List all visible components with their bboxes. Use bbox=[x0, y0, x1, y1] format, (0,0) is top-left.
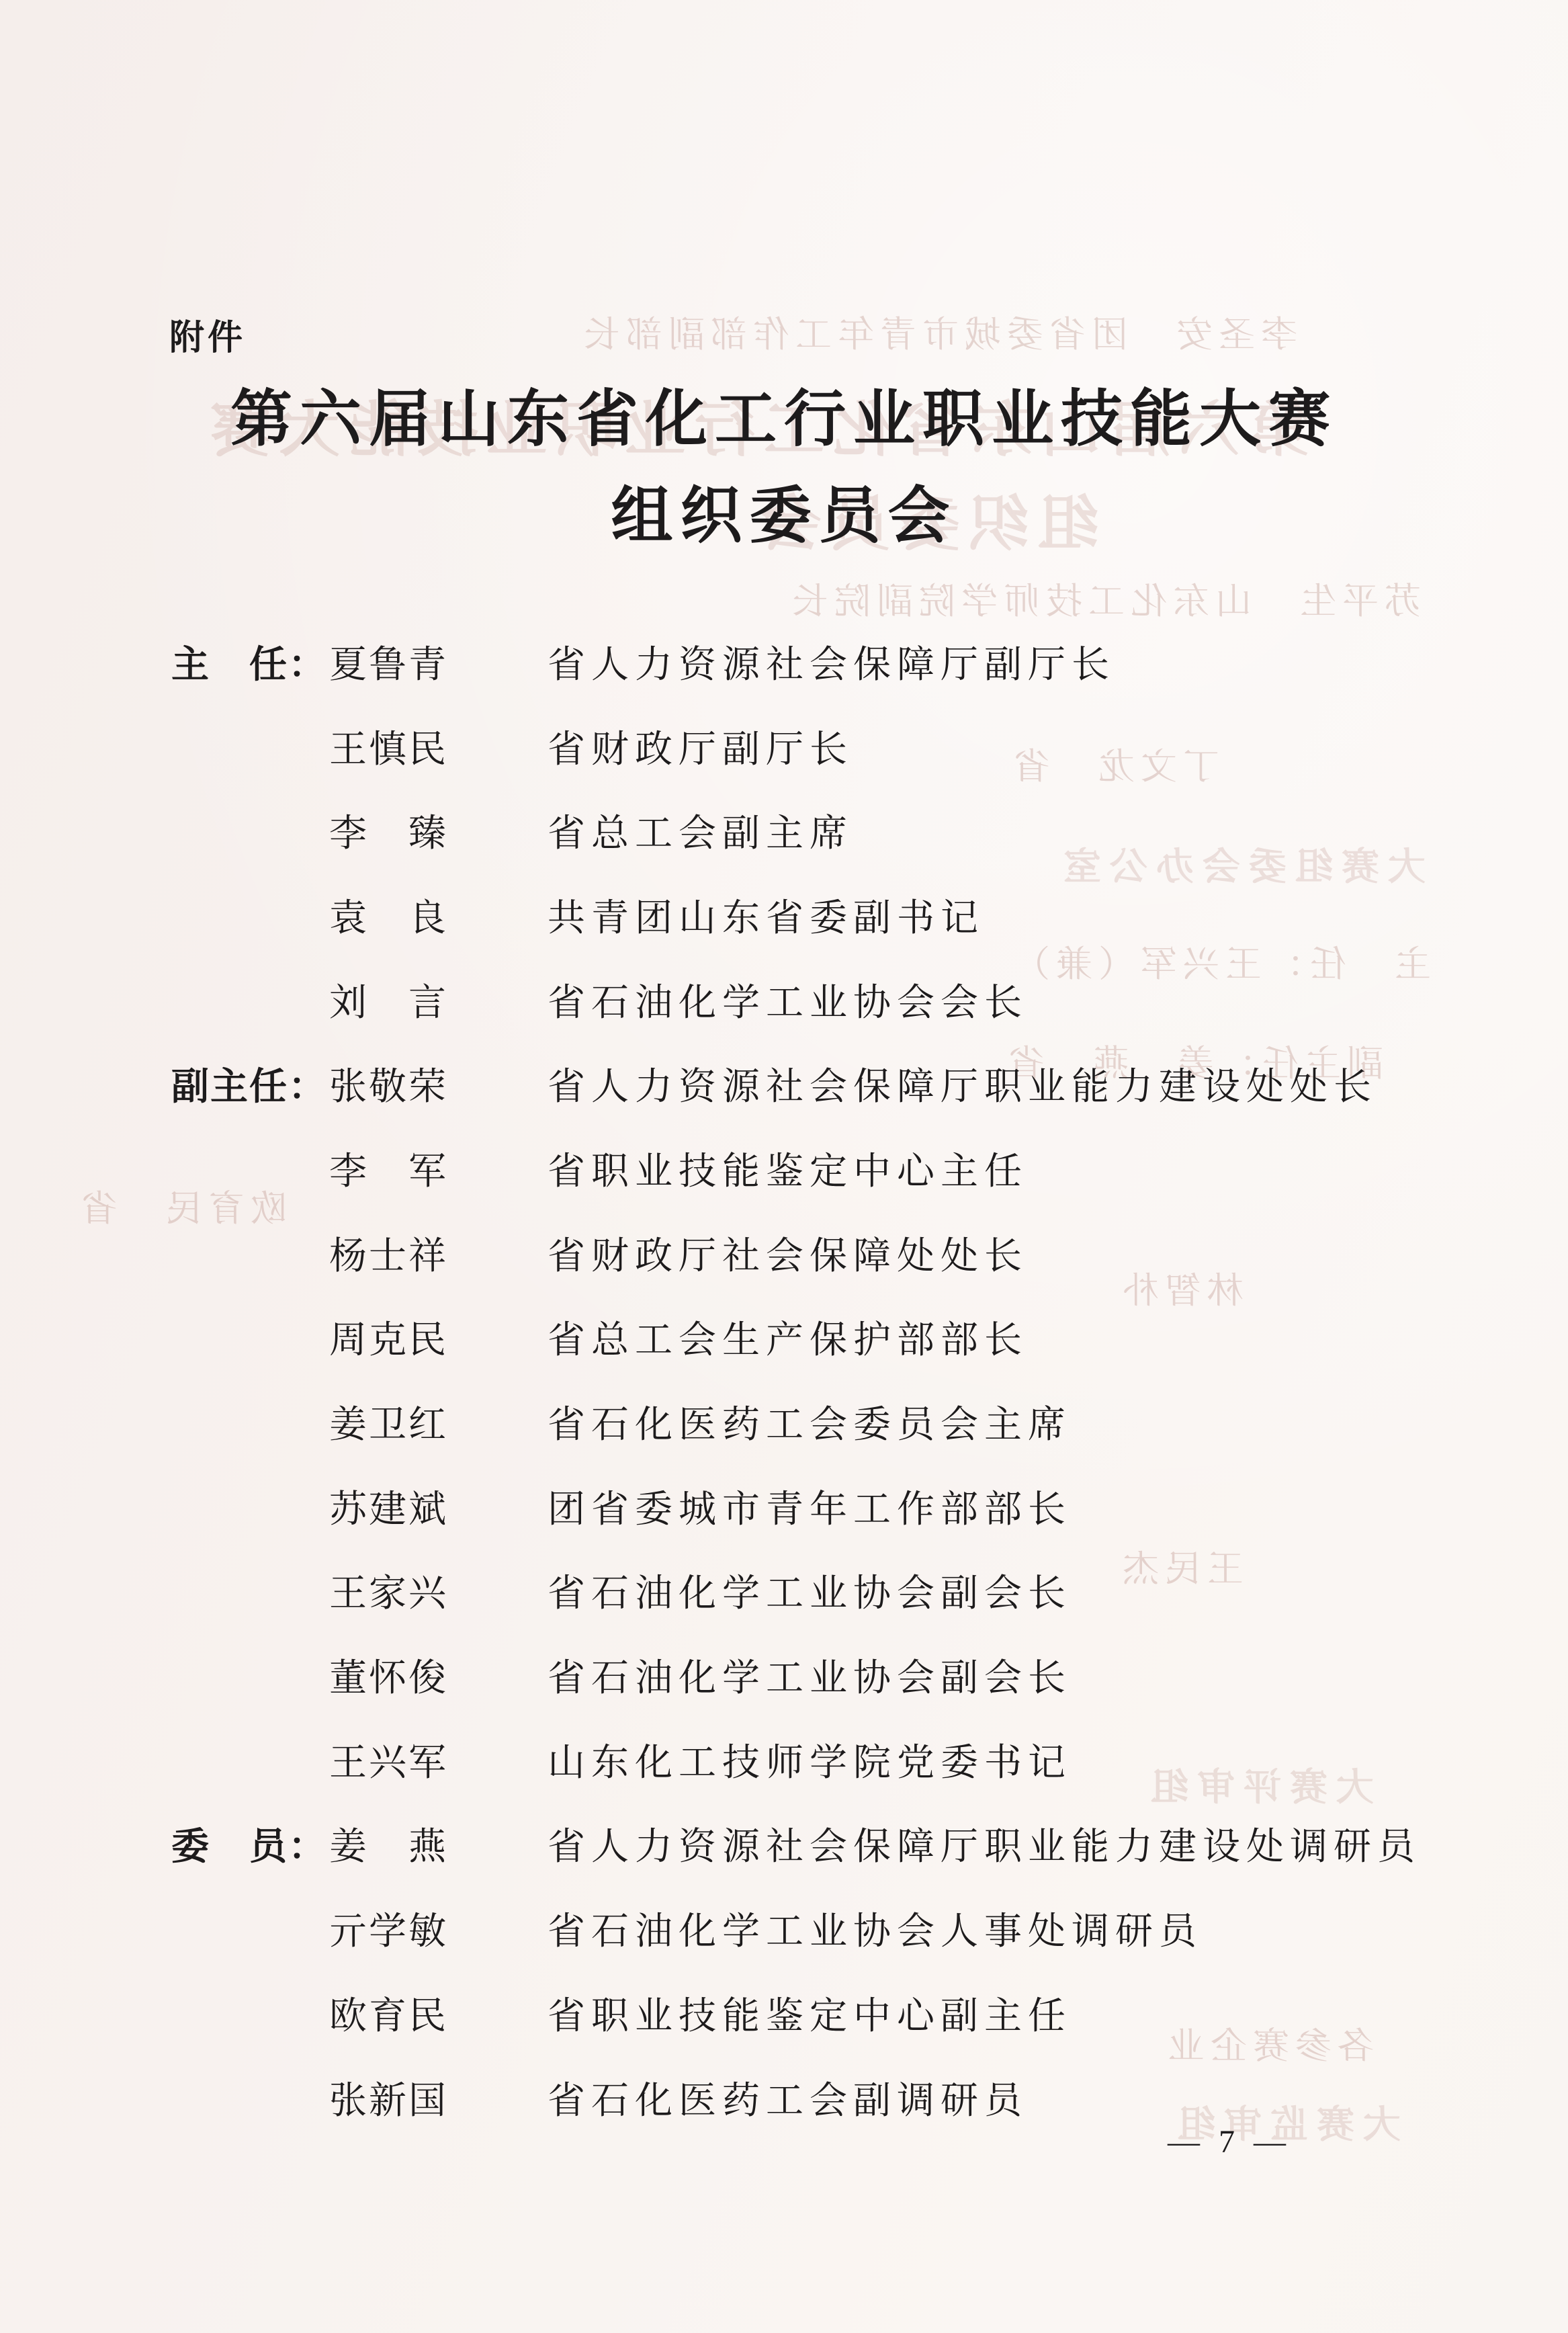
member-name: 李 军 bbox=[329, 1142, 548, 1195]
member-name: 王慎民 bbox=[329, 720, 548, 773]
roster-row: 董怀俊 省石油化学工业协会副会长 bbox=[171, 1633, 1514, 1717]
bleedthrough-text: 李圣安 团省委城市青年工作部副部长 bbox=[578, 306, 1297, 357]
roster-row: 李 臻 省总工会副主席 bbox=[171, 788, 1514, 873]
role-label: 副主任： bbox=[171, 1057, 329, 1111]
roster-row: 周克民 省总工会生产保护部部长 bbox=[171, 1296, 1514, 1380]
member-name: 姜卫红 bbox=[329, 1395, 548, 1449]
member-title: 省人力资源社会保障厅职业能力建设处调研员 bbox=[548, 1817, 1514, 1871]
member-title: 省石化医药工会副调研员 bbox=[548, 2071, 1514, 2125]
roster-row: 副主任： 张敬荣 省人力资源社会保障厅职业能力建设处处长 bbox=[171, 1042, 1514, 1126]
member-title: 省人力资源社会保障厅职业能力建设处处长 bbox=[548, 1057, 1514, 1111]
title-line-1: 第六届山东省化工行业职业技能大赛 bbox=[0, 371, 1568, 468]
roster-row: 李 军 省职业技能鉴定中心主任 bbox=[171, 1126, 1514, 1211]
roster-row: 王兴军 山东化工技师学院党委书记 bbox=[171, 1717, 1514, 1802]
member-name: 王家兴 bbox=[329, 1564, 548, 1617]
member-name: 刘 言 bbox=[329, 973, 548, 1027]
member-title: 省总工会副主席 bbox=[548, 804, 1514, 857]
member-title: 省财政厅社会保障处处长 bbox=[548, 1226, 1514, 1280]
document-page: 李圣安 团省委城市青年工作部副部长第六届山东省化工行业职业技能大赛组织委员会苏平… bbox=[0, 0, 1568, 2333]
roster-row: 姜卫红 省石化医药工会委员会主席 bbox=[171, 1380, 1514, 1464]
roster-row: 杨士祥 省财政厅社会保障处处长 bbox=[171, 1211, 1514, 1296]
roster-row: 主 任： 夏鲁青 省人力资源社会保障厅副厅长 bbox=[171, 620, 1514, 704]
role-label: 委 员： bbox=[171, 1817, 329, 1871]
member-title: 省石油化学工业协会人事处调研员 bbox=[548, 1902, 1514, 1955]
member-name: 董怀俊 bbox=[329, 1648, 548, 1702]
bleedthrough-text: 苏平生 山东化工技师学院副院长 bbox=[786, 572, 1421, 624]
member-name: 亓学敏 bbox=[329, 1902, 548, 1955]
member-title: 共青团山东省委副书记 bbox=[548, 888, 1514, 942]
roster-row: 苏建斌 团省委城市青年工作部部长 bbox=[171, 1464, 1514, 1549]
roster-row: 委 员： 姜 燕 省人力资源社会保障厅职业能力建设处调研员 bbox=[171, 1802, 1514, 1887]
roster-row: 袁 良 共青团山东省委副书记 bbox=[171, 873, 1514, 958]
roster-row: 刘 言 省石油化学工业协会会长 bbox=[171, 958, 1514, 1042]
roster: 主 任： 夏鲁青 省人力资源社会保障厅副厅长 王慎民 省财政厅副厅长 李 臻 省… bbox=[171, 620, 1514, 2139]
member-name: 周克民 bbox=[329, 1310, 548, 1364]
member-title: 省职业技能鉴定中心副主任 bbox=[548, 1986, 1514, 2040]
roster-row: 张新国 省石化医药工会副调研员 bbox=[171, 2055, 1514, 2140]
member-title: 省总工会生产保护部部长 bbox=[548, 1310, 1514, 1364]
page-number: — 7 — bbox=[1168, 2123, 1291, 2160]
member-name: 张新国 bbox=[329, 2071, 548, 2125]
member-name: 苏建斌 bbox=[329, 1480, 548, 1533]
member-title: 省职业技能鉴定中心主任 bbox=[548, 1142, 1514, 1195]
member-title: 省石油化学工业协会副会长 bbox=[548, 1648, 1514, 1702]
roster-row: 亓学敏 省石油化学工业协会人事处调研员 bbox=[171, 1886, 1514, 1971]
attachment-label: 附件 bbox=[169, 309, 246, 359]
member-title: 省石油化学工业协会副会长 bbox=[548, 1564, 1514, 1617]
member-name: 李 臻 bbox=[329, 804, 548, 857]
role-label: 主 任： bbox=[171, 635, 329, 689]
member-name: 夏鲁青 bbox=[329, 635, 548, 689]
member-name: 王兴军 bbox=[329, 1733, 548, 1787]
member-title: 省石化医药工会委员会主席 bbox=[548, 1395, 1514, 1449]
title-line-2: 组织委员会 bbox=[0, 468, 1568, 564]
roster-row: 王慎民 省财政厅副厅长 bbox=[171, 704, 1514, 789]
member-title: 省财政厅副厅长 bbox=[548, 720, 1514, 773]
member-title: 团省委城市青年工作部部长 bbox=[548, 1480, 1514, 1533]
roster-row: 欧育民 省职业技能鉴定中心副主任 bbox=[171, 1971, 1514, 2055]
member-title: 省人力资源社会保障厅副厅长 bbox=[548, 635, 1514, 689]
document-title: 第六届山东省化工行业职业技能大赛 组织委员会 bbox=[0, 371, 1568, 564]
member-title: 省石油化学工业协会会长 bbox=[548, 973, 1514, 1027]
roster-row: 王家兴 省石油化学工业协会副会长 bbox=[171, 1549, 1514, 1634]
member-name: 姜 燕 bbox=[329, 1817, 548, 1871]
member-title: 山东化工技师学院党委书记 bbox=[548, 1733, 1514, 1787]
member-name: 杨士祥 bbox=[329, 1226, 548, 1280]
member-name: 张敬荣 bbox=[329, 1057, 548, 1111]
member-name: 袁 良 bbox=[329, 888, 548, 942]
member-name: 欧育民 bbox=[329, 1986, 548, 2040]
